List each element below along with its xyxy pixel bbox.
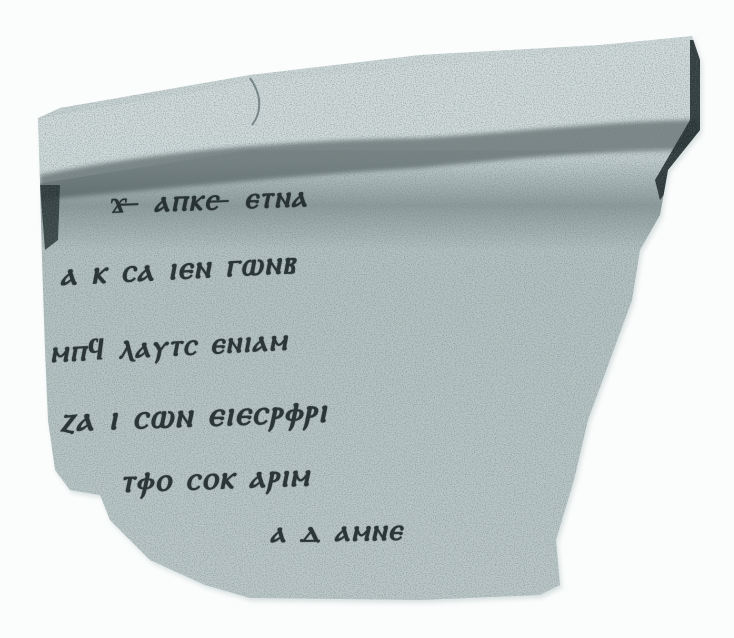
photo-stage: ϫ ̶ ⲁⲡⲕⲥ ̶ ⲉⲧⲛⲁ ⲁ ⲕ ⲥⲁ ⲓⲉⲛ ⲅⲱⲛⲃ ⲙⲡϥ ⲗⲁⲩⲧ… [0,0,734,638]
inscription-line-6: ⲁ ⲇ ⲁⲙⲛⲉ [270,513,404,550]
inscription-line-5: ⲧⲫⲟ ⲥⲟⲕ ⲁⲣⲓⲙ [119,455,311,501]
inscription-line-1: ϫ ̶ ⲁⲡⲕⲥ ̶ ⲉⲧⲛⲁ [109,179,308,221]
